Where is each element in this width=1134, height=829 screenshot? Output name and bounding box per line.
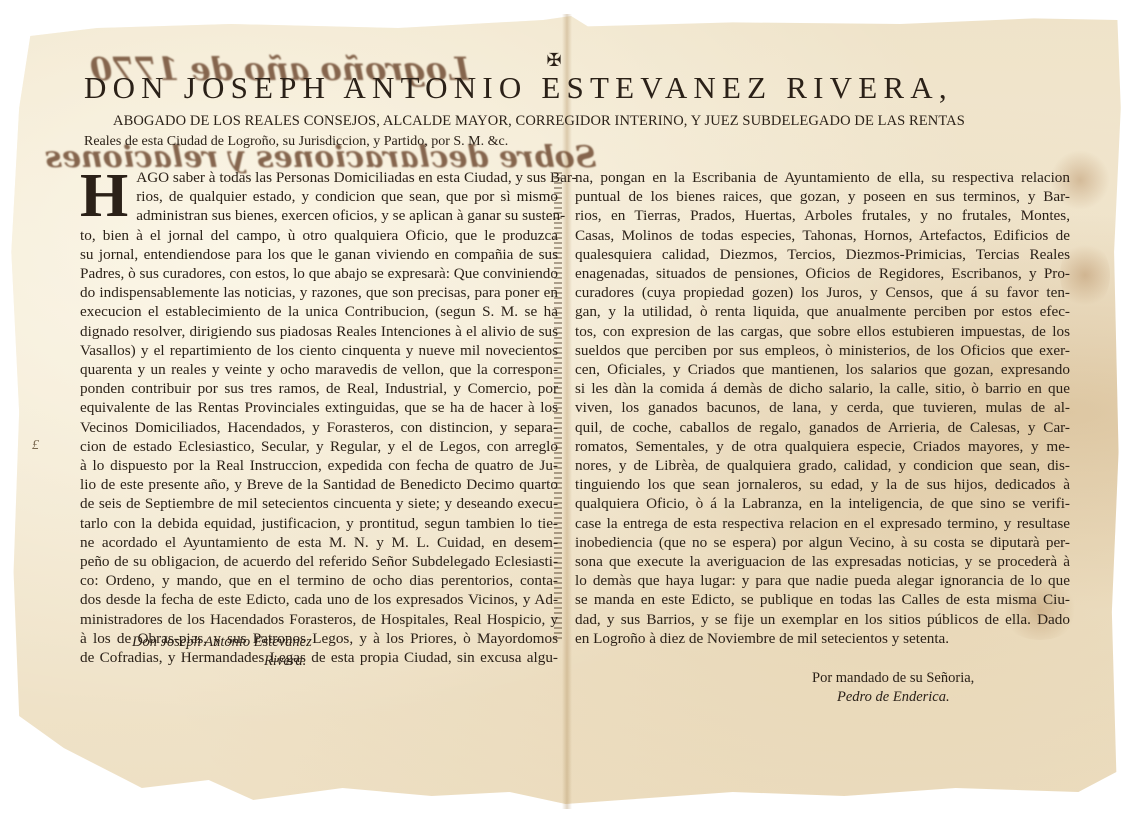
document-subtitle-continuation: Reales de esta Ciudad de Logroño, su Jur… xyxy=(84,134,508,150)
body-line: su jornal, entendiendose para los que le… xyxy=(80,245,558,264)
center-fold xyxy=(562,14,572,809)
body-line: curadores (cuya propiedad gozen) los Jur… xyxy=(575,283,1070,302)
body-line: execucion el establecimiento de la unica… xyxy=(80,302,558,321)
body-line: se manda en este Edicto, se publique en … xyxy=(575,590,1070,609)
body-line: Padres, ò sus curadores, con estos, lo q… xyxy=(80,264,558,283)
body-line: viven, los ganados bacunos, de lana, y c… xyxy=(575,398,1070,417)
body-line: puntual de los bienes raices, que gozan,… xyxy=(575,187,1070,206)
body-line: case la entrega de esta respectiva relac… xyxy=(575,514,1070,533)
body-line: ne acordado el Ayuntamiento de esta M. N… xyxy=(80,533,558,552)
signature-right: Por mandado de su Señoria, Pedro de Ende… xyxy=(812,670,974,706)
body-line: en Logroño à diez de Noviembre de mil se… xyxy=(575,629,1070,648)
body-line: de seis de Septiembre de mil setecientos… xyxy=(80,494,558,513)
body-line: tinguiendo los que sean jornaleros, su e… xyxy=(575,475,1070,494)
body-line: cion de estado Eclesiastico, Secular, y … xyxy=(80,437,558,456)
cross-ornament-icon: ✠ xyxy=(541,50,567,71)
body-line: gan, y la utilidad, ò renta liquida, que… xyxy=(575,302,1070,321)
body-line: si les dàn la comida á demàs de dicho sa… xyxy=(575,379,1070,398)
body-line: à lo dispuesto por la Real Instruccion, … xyxy=(80,456,558,475)
body-line: dignado resolver, dirigiendo sus piadosa… xyxy=(80,322,558,341)
body-line: tos, con expresion de las cargas, que so… xyxy=(575,322,1070,341)
signature-right-name: Pedro de Enderica. xyxy=(812,689,974,706)
body-line: qualquiera Oficio, ò á la Labranza, en l… xyxy=(575,494,1070,513)
body-line: Vecinos Domiciliados, Hacendados, y Fora… xyxy=(80,418,558,437)
body-line: cen, Oficiales, y Criados que mantienen,… xyxy=(575,360,1070,379)
body-line: inobediencia (que no se espera) por algu… xyxy=(575,533,1070,552)
body-line: dos desde la fecha de este Edicto, cada … xyxy=(80,590,558,609)
document-title: DON JOSEPH ANTONIO ESTEVANEZ RIVERA, xyxy=(84,70,1034,106)
body-line: administran sus bienes, exercen oficios,… xyxy=(80,206,558,225)
body-line: Casas, Molinos de todas especies, Tahona… xyxy=(575,226,1070,245)
body-line: qualesquiera calidad, Diezmos, Tercios, … xyxy=(575,245,1070,264)
signature-left-surname: Rivera. xyxy=(132,653,312,670)
body-line: dad, y sus Barrios, y se fije un exempla… xyxy=(575,610,1070,629)
body-line: sona que execute la averiguacion de las … xyxy=(575,552,1070,571)
body-line: romatos, Sementales, y de otra qualquier… xyxy=(575,437,1070,456)
body-line: lio de este presente año, y Breve de la … xyxy=(80,475,558,494)
handwritten-margin-note: £ xyxy=(32,438,39,454)
body-line: AGO saber à todas las Personas Domicilia… xyxy=(80,168,558,187)
body-line: Vasallos) y el repartimiento de los cien… xyxy=(80,341,558,360)
document-subtitle: Abogado de los Reales Consejos, Alcalde … xyxy=(113,113,1033,130)
body-line: equivalente de las Rentas Provinciales e… xyxy=(80,398,558,417)
body-line: rios, de qualquier estado, y condicion q… xyxy=(80,187,558,206)
body-line: co: Ordeno, y mando, que en el termino d… xyxy=(80,571,558,590)
body-left-column: H AGO saber à todas las Personas Domicil… xyxy=(80,168,558,667)
signature-left: Don Joseph Antonio Estevanez Rivera. xyxy=(132,634,312,670)
drop-cap: H xyxy=(80,170,128,222)
body-line: sueldos que perciben por sus empleos, ò … xyxy=(575,341,1070,360)
body-line: tarlo con la debida equidad, justificaci… xyxy=(80,514,558,533)
body-right-column: na, pongan en la Escribania de Ayuntamie… xyxy=(575,168,1070,648)
body-line: ponden contribuir por sus tres ramos, de… xyxy=(80,379,558,398)
body-line: na, pongan en la Escribania de Ayuntamie… xyxy=(575,168,1070,187)
body-line: nores, y de Librèa, de qualquiera grado,… xyxy=(575,456,1070,475)
signature-left-name: Don Joseph Antonio Estevanez xyxy=(132,634,312,650)
body-line: peño de su obligacion, de acuerdo del re… xyxy=(80,552,558,571)
body-line: enagenadas, situados de pensiones, Ofici… xyxy=(575,264,1070,283)
signature-right-mandate: Por mandado de su Señoria, xyxy=(812,670,974,686)
body-line: ministradores de los Hacendados Foraster… xyxy=(80,610,558,629)
body-line: to, bien à el jornal del campo, ù otro q… xyxy=(80,226,558,245)
body-line: rios, en Tierras, Prados, Huertas, Arbol… xyxy=(575,206,1070,225)
body-line: do indispensablemente las noticias, y ra… xyxy=(80,283,558,302)
body-line: quil, de coche, caballos de regalo, gana… xyxy=(575,418,1070,437)
body-line: lo demàs que haya lugar: y para que nadi… xyxy=(575,571,1070,590)
body-line: quarenta y un reales y veinte y ocho mar… xyxy=(80,360,558,379)
